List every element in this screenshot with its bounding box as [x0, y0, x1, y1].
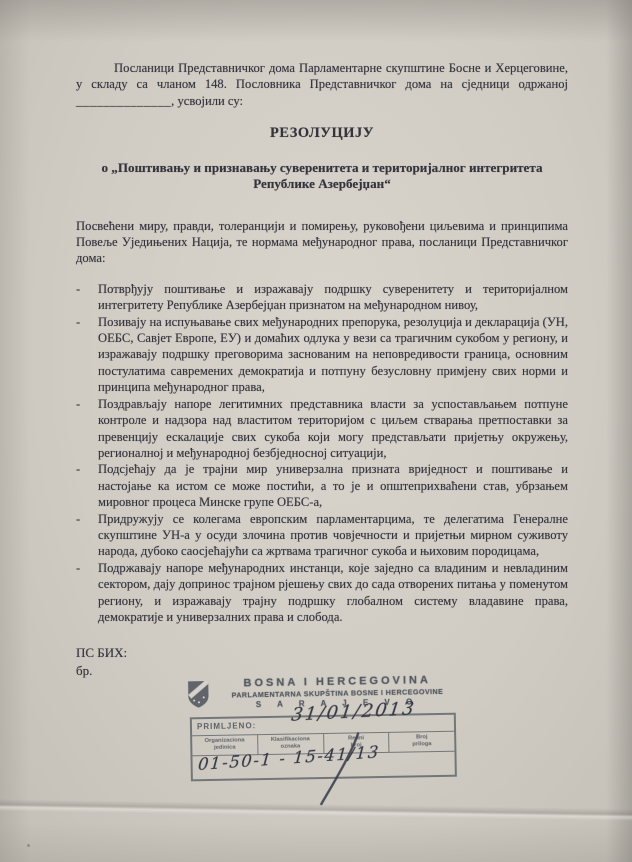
list-item: - Потврђују поштивање и изражавају подрш… [76, 281, 568, 314]
stamp-col-text: priloga [390, 741, 455, 749]
clause-text: Поздрављају напоре легитимних представни… [98, 396, 568, 462]
list-item: - Поздрављају напоре легитимних представ… [76, 396, 568, 462]
document-page: Посланици Представничког дома Парламента… [0, 0, 632, 862]
received-stamp: BOSNA I HERCEGOVINA PARLAMENTARNA SKUPŠT… [185, 674, 463, 782]
blank-line: ______________ [76, 94, 171, 108]
resolution-title: РЕЗОЛУЦИЈУ [76, 125, 568, 141]
list-item: - Придружују се колегама европским парла… [76, 511, 568, 560]
bih-coat-of-arms-icon [185, 679, 214, 714]
bullet-dash: - [76, 560, 98, 626]
bullet-dash: - [76, 511, 98, 560]
ps-bih-label: ПС БИХ: [76, 644, 127, 662]
paper-crease [0, 799, 632, 821]
bullet-dash: - [76, 461, 98, 510]
bullet-dash: - [76, 396, 98, 462]
list-item: - Позивају на испуњавање свих међународн… [76, 314, 568, 396]
intro-text-before: Посланици Представничког дома Парламента… [76, 61, 568, 91]
clause-text: Позивају на испуњавање свих међународних… [98, 314, 568, 396]
resolution-clauses: - Потврђују поштивање и изражавају подрш… [76, 281, 568, 626]
clause-text: Подржавају напоре међународних инстанци,… [98, 560, 568, 626]
intro-text-after: , усвојили су: [171, 94, 243, 108]
preamble-paragraph: Посвећени миру, правди, толеранцији и по… [76, 218, 568, 267]
signature-block: ПС БИХ: бр. [76, 644, 127, 680]
list-item: - Подсјећају да је трајни мир универзалн… [76, 461, 568, 510]
clause-text: Подсјећају да је трајни мир универзална … [98, 461, 568, 510]
paper-speck [27, 844, 30, 847]
stamp-col-attachments: Broj priloga [389, 732, 454, 752]
document-body: Посланици Представничког дома Парламента… [76, 60, 568, 625]
clause-text: Придружују се колегама европским парламе… [98, 511, 568, 560]
bullet-dash: - [76, 314, 98, 396]
clause-text: Потврђују поштивање и изражавају подршку… [98, 281, 568, 314]
resolution-subtitle: о „Поштивању и признавању суверенитета и… [82, 160, 562, 193]
bullet-dash: - [76, 281, 98, 314]
number-label: бр. [76, 662, 127, 680]
intro-paragraph: Посланици Представничког дома Парламента… [76, 60, 568, 109]
list-item: - Подржавају напоре међународних инстанц… [76, 560, 568, 626]
received-label: PRIMLJENO: [197, 721, 256, 731]
